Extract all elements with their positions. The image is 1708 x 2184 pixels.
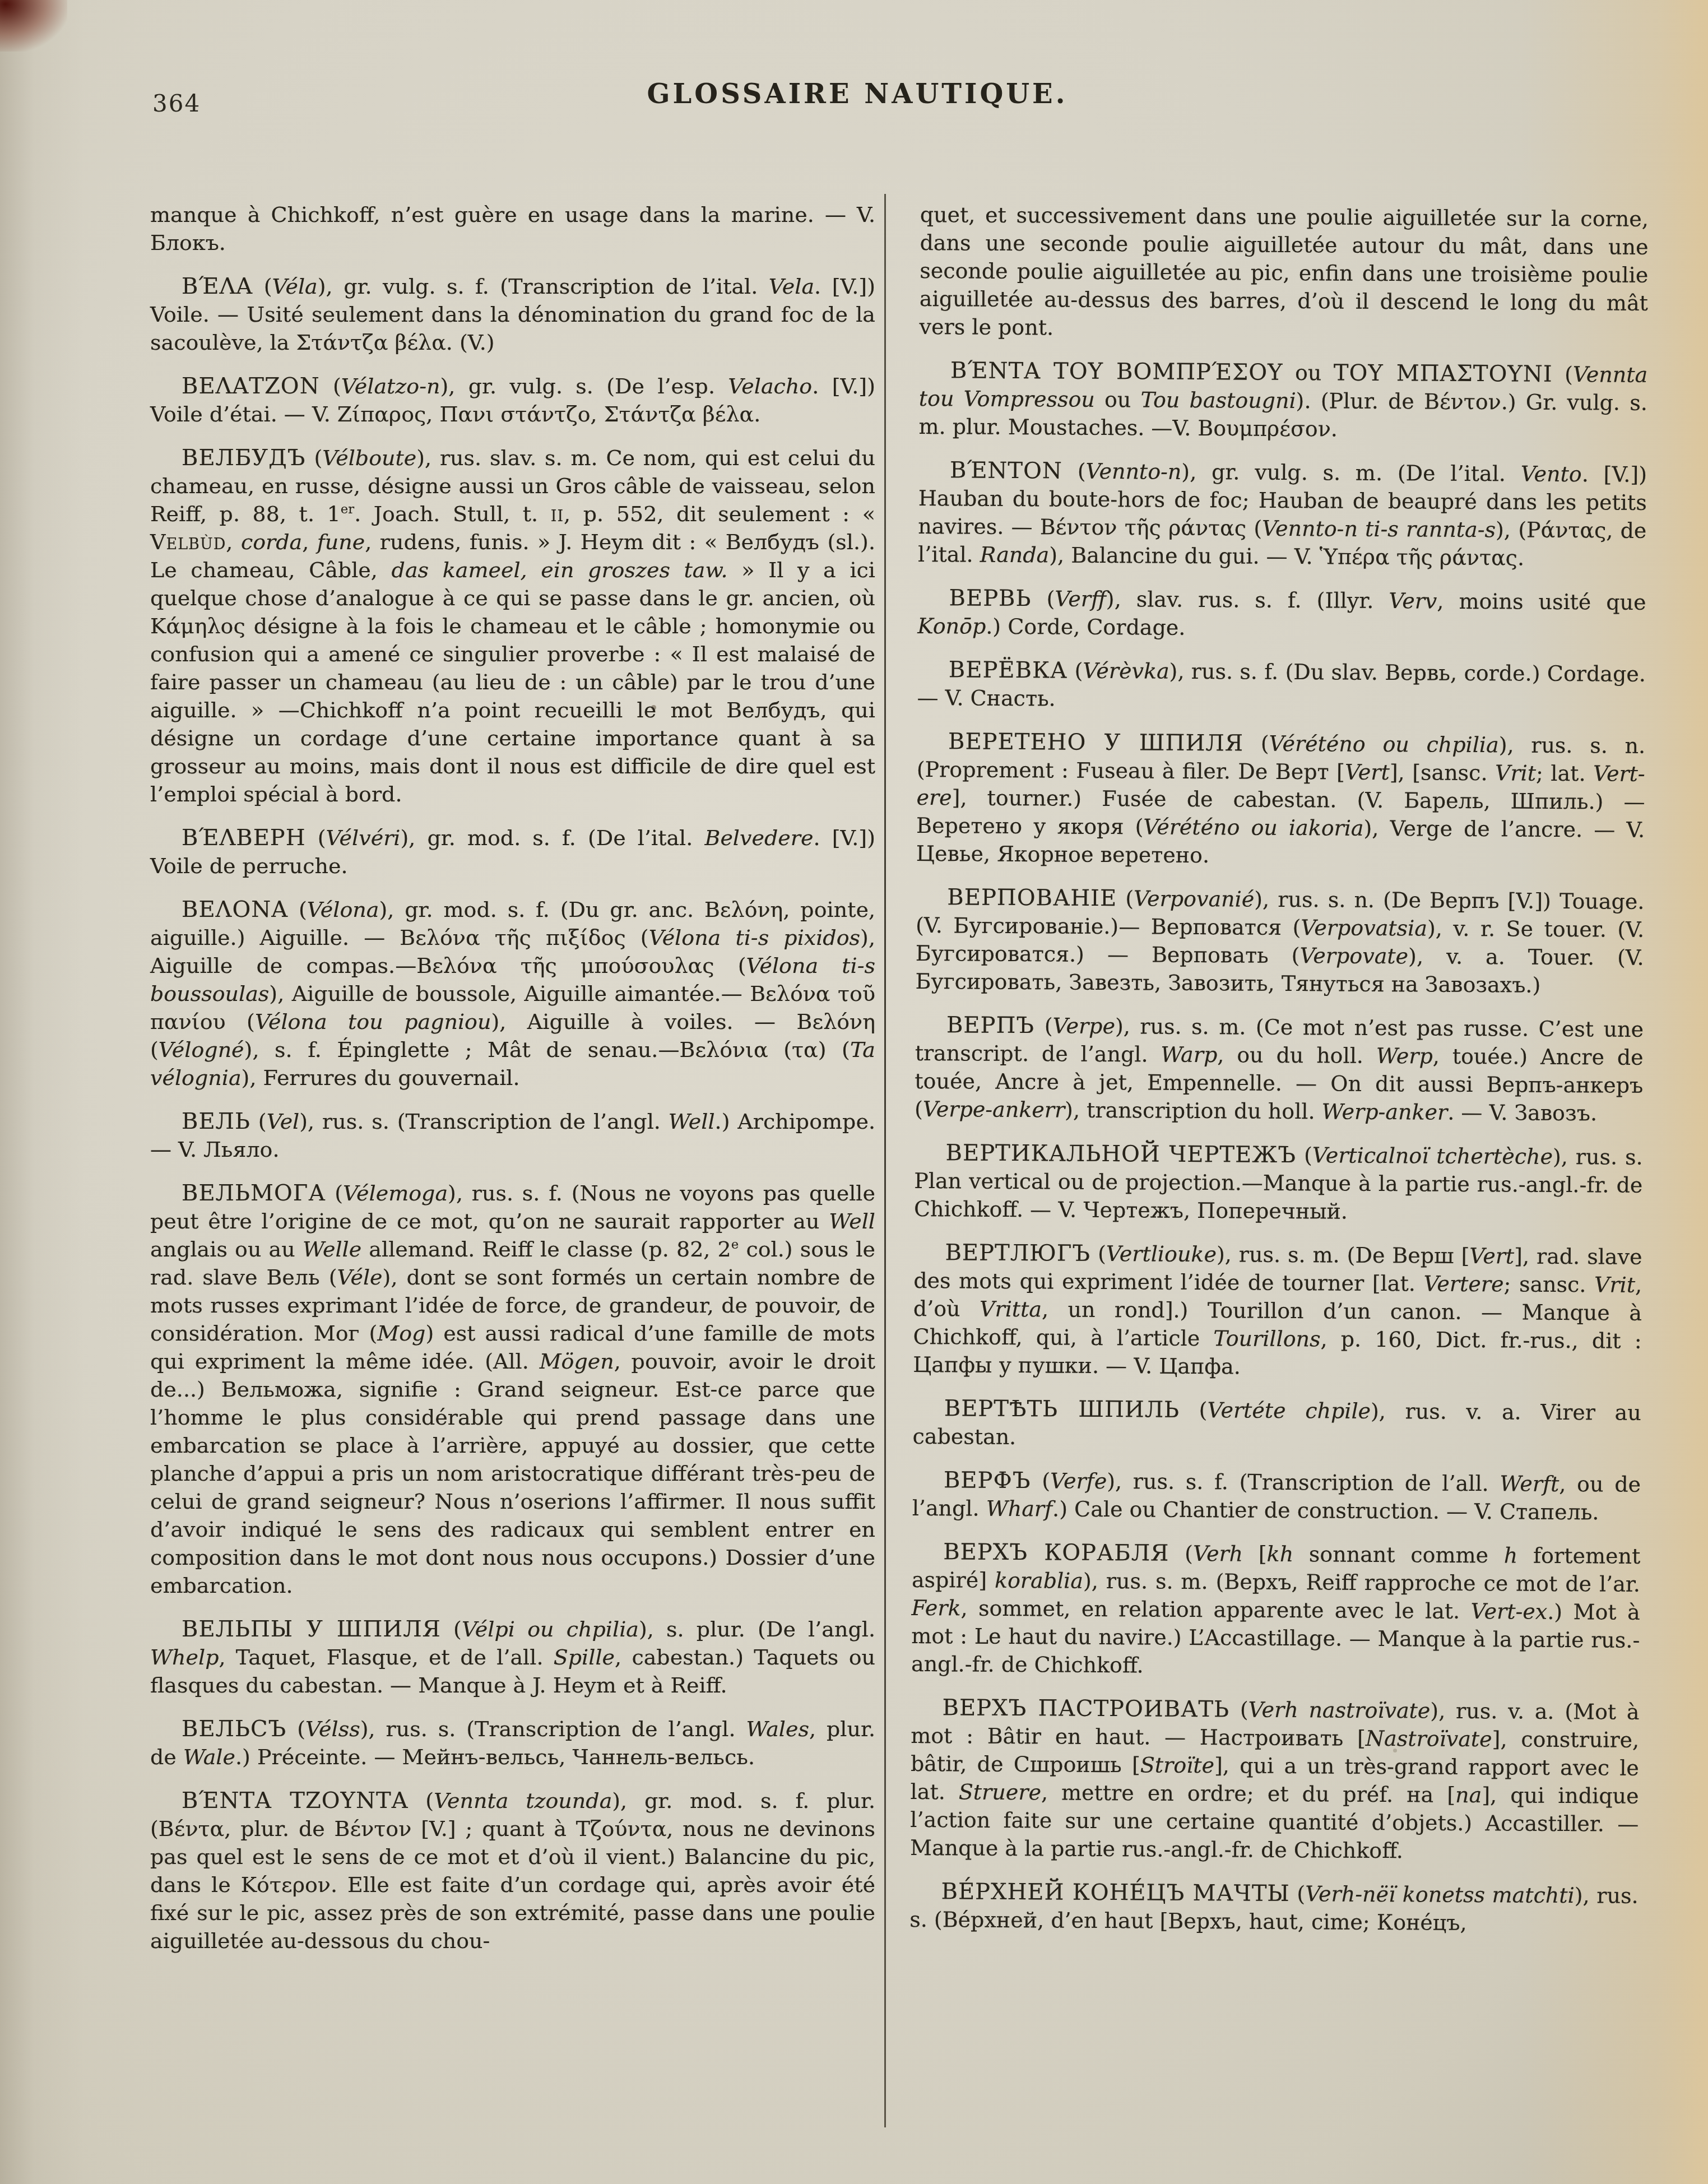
entry-headword: ВЕЛЬМОГА xyxy=(182,1180,326,1206)
entry-text: Vertere xyxy=(1423,1272,1503,1297)
entry-headword: ВЕРЕТЕНО У ШПИЛЯ xyxy=(948,729,1243,756)
entry-text: Verff xyxy=(1055,586,1106,611)
entry-headword: ВЕЛЬ xyxy=(182,1109,250,1134)
entry-text: .) Cale ou Chantier de construction. — V… xyxy=(1052,1496,1599,1524)
entry-text: Vrit xyxy=(1495,761,1536,785)
entry-text: Belvedere xyxy=(704,826,813,850)
entry-text: Konōp xyxy=(917,614,986,639)
paper-corner-stain xyxy=(0,0,67,52)
entry-headword: ВЕРФЪ xyxy=(944,1467,1031,1494)
right-column: quet, et successivement dans une poulie … xyxy=(909,201,1649,1938)
entry-text: Verh xyxy=(1193,1541,1243,1566)
entry-text: na xyxy=(1455,1783,1482,1807)
entry-text: Verpe xyxy=(1052,1013,1115,1038)
entry-text: ( xyxy=(1552,362,1573,387)
entry-text: Mögen xyxy=(540,1349,614,1374)
entry-text: .) Préceinte. — Мейнъ-вельсь, Чаннель-ве… xyxy=(235,1745,755,1769)
entry-text: ), s. plur. (De l’angl. xyxy=(639,1617,875,1642)
entry-text: Spille xyxy=(554,1645,615,1670)
dictionary-entry: ВЕРХЪ КОРАБЛЯ (Verh [kh sonnant comme h … xyxy=(911,1538,1641,1682)
dictionary-entry: ВЕЛЬМОГА (Vélemoga), rus. s. f. (Nous ne… xyxy=(150,1179,875,1599)
entry-text: er xyxy=(341,502,354,517)
entry-text: Ferk xyxy=(912,1596,961,1621)
entry-text: Vélpi ou chpilia xyxy=(462,1617,639,1642)
entry-text: [ xyxy=(1243,1542,1267,1566)
entry-text: ( xyxy=(1290,1881,1306,1906)
entry-text: ( xyxy=(1062,459,1086,484)
entry-headword: ВЕЛЬСЪ xyxy=(182,1716,286,1742)
entry-headword: ΒΈΝΤΑ ΤΖΟΥΝΤΑ xyxy=(182,1788,409,1814)
entry-text: ), rus. s. (Transcription de l’angl. xyxy=(299,1109,669,1134)
entry-text: ( xyxy=(253,274,272,299)
entry-text: ( xyxy=(1180,1398,1208,1422)
entry-text: ( xyxy=(326,1181,343,1205)
entry-text: Vélogné xyxy=(159,1037,244,1062)
entry-text: ( xyxy=(1117,886,1134,911)
entry-text: Vélona tou pagniou xyxy=(255,1009,491,1034)
entry-text: ou xyxy=(1095,387,1141,412)
entry-text: ; lat. xyxy=(1536,761,1593,786)
entry-text: ), Ferrures du gouvernail. xyxy=(242,1065,520,1090)
entry-text: Werft xyxy=(1500,1471,1559,1496)
entry-text: ( xyxy=(306,446,323,470)
entry-text: ( xyxy=(1034,1013,1053,1038)
dictionary-entry: ВЕРХЪ ПАСТРОИВАТЬ (Verh nastroïvate), ru… xyxy=(910,1694,1640,1866)
entry-text: Randa xyxy=(980,542,1050,568)
entry-text: ), transcription du holl. xyxy=(1065,1098,1322,1124)
dictionary-entry: ВЕ́РХНЕЙ КОНЕ́ЦЪ МАЧТЫ (Verh-nëï konetss… xyxy=(909,1877,1639,1938)
entry-text: Vela xyxy=(769,274,814,299)
entry-text: Vélss xyxy=(305,1717,360,1741)
entry-text: Verfe xyxy=(1050,1468,1107,1494)
entry-text: Vélona xyxy=(307,897,379,922)
entry-text: ( xyxy=(1031,586,1055,611)
entry-text: anglais ou au xyxy=(150,1237,303,1262)
entry-text: ), s. f. Épinglette ; Mât de senau.—Βελό… xyxy=(244,1037,850,1062)
dictionary-entry: ΒΈΝΤΑ ΤΖΟΥΝΤΑ (Vennta tzounda), gr. mod.… xyxy=(150,1787,875,1955)
dictionary-entry: ΒΈΝΤΑ ΤΟΥ ΒΟΜΠΡΈΣΟΥ ou ΤΟΥ ΜΠΑΣΤΟΥΝΙ (Ve… xyxy=(918,356,1647,445)
dictionary-entry: ВЕРЁВКА (Vérèvka), rus. s. f. (Du slav. … xyxy=(917,656,1646,716)
entry-text: ), gr. vulg. s. f. (Transcription de l’i… xyxy=(318,274,769,299)
entry-text: sonnant comme xyxy=(1293,1542,1504,1568)
entry-headword: ΒΈΛΒΕΡΗ xyxy=(182,825,306,851)
page-number: 364 xyxy=(152,90,201,117)
entry-text: Whelp xyxy=(150,1645,219,1670)
entry-text: Vertliouke xyxy=(1106,1241,1217,1267)
entry-text: Werp xyxy=(1376,1044,1433,1069)
entry-text: ], [sansc. xyxy=(1390,760,1495,785)
entry-text: » Il y a ici quelque chose d’analogue à … xyxy=(150,558,875,806)
entry-text: , ou du holl. xyxy=(1217,1042,1376,1068)
entry-text: Vel xyxy=(267,1109,300,1134)
entry-headword: ВЕ́РХНЕЙ КОНЕ́ЦЪ МАЧТЫ xyxy=(941,1879,1289,1907)
entry-headword: ВЕРХЪ КОРАБЛЯ xyxy=(943,1539,1169,1566)
entry-text: korablia xyxy=(995,1568,1083,1593)
dictionary-entry: ВЕРЕТЕНО У ШПИЛЯ (Véréténo ou chpilia), … xyxy=(916,727,1646,872)
entry-text: ( xyxy=(286,1717,305,1741)
entry-headword: ВЕРПЪ xyxy=(946,1012,1034,1038)
entry-headword: ВЕРВЬ xyxy=(949,585,1032,611)
entry-text: Vélboute xyxy=(322,446,416,470)
entry-text: Tou bastougni xyxy=(1141,387,1296,413)
entry-text: ( xyxy=(1296,1143,1312,1167)
entry-headword: ВЕРТѢТЬ ШПИЛЬ xyxy=(944,1395,1180,1423)
entry-text: Wale xyxy=(183,1745,235,1769)
entry-text: , moins usité que xyxy=(1437,589,1646,615)
entry-text: Verv xyxy=(1389,588,1437,614)
entry-text: Verpovate xyxy=(1299,943,1408,968)
entry-headword: ΒΕΛΑΤΖΟΝ xyxy=(182,373,320,399)
entry-headword: ΒΈΝΤΑ ΤΟΥ ΒΟΜΠΡΈΣΟΥ xyxy=(950,358,1283,386)
entry-text: Vérèvka xyxy=(1083,659,1169,684)
entry-headword: ВЕРЁВКА xyxy=(949,657,1068,683)
entry-text: ), Balancine du gui. — V. Ὑπέρα τῆς ράντ… xyxy=(1049,542,1524,570)
entry-text: Vertéte chpile xyxy=(1207,1398,1371,1423)
entry-headword: ΤΟΥ ΜΠΑΣΤΟΥΝΙ xyxy=(1334,360,1553,387)
dictionary-entry: ВЕЛЬ (Vel), rus. s. (Transcription de l’… xyxy=(150,1107,875,1163)
left-column: manque à Chichkoff, n’est guère en usage… xyxy=(150,201,875,1955)
dictionary-entry: ВЕЛБУДЪ (Vélboute), rus. slav. s. m. Ce … xyxy=(150,444,875,808)
entry-text: Nastroïvate xyxy=(1366,1726,1492,1751)
entry-text: Vélona ti-s pixidos xyxy=(649,925,860,950)
entry-text: Vert xyxy=(1469,1244,1514,1268)
entry-text: allemand. Reiff le classe (p. 82, 2 xyxy=(361,1237,731,1262)
dictionary-entry: ВЕРВЬ (Verff), slav. rus. s. f. (Illyr. … xyxy=(917,584,1646,644)
entry-text: ( xyxy=(320,374,341,398)
entry-text: Véréténo ou chpilia xyxy=(1269,731,1498,758)
entry-text: . — V. Завозъ. xyxy=(1447,1100,1597,1126)
entry-text: Werp-anker xyxy=(1322,1099,1448,1124)
entry-text: , p. 552, dit seulement : « xyxy=(564,502,875,526)
entry-text: Vert-ex xyxy=(1471,1599,1548,1624)
entry-text: .) Corde, Cordage. xyxy=(986,614,1185,640)
entry-text: Vento xyxy=(1521,462,1582,487)
entry-text: ), rus. s. f. (Transcription de l’all. xyxy=(1107,1469,1500,1496)
entry-text: Vennto-n xyxy=(1085,459,1181,484)
entry-headword: ВЕРТИКАЛЬНОЙ ЧЕРТЕЖЪ xyxy=(945,1140,1296,1168)
entry-text: Véla xyxy=(272,274,317,299)
entry-text: Véle xyxy=(337,1265,382,1290)
entry-text: , mettre en ordre; et du préf. на [ xyxy=(1041,1780,1455,1807)
entry-text: Vélvéri xyxy=(326,826,401,850)
entry-text: fune xyxy=(317,530,365,554)
entry-text: ( xyxy=(441,1617,462,1642)
entry-text: Vennto-n ti-s rannta-s xyxy=(1262,516,1496,542)
entry-text: Velbùd xyxy=(150,530,226,554)
entry-text: , xyxy=(226,530,241,554)
entry-text: ( xyxy=(1243,731,1269,756)
entry-headword: ВЕРХЪ ПАСТРОИВАТЬ xyxy=(942,1695,1229,1722)
entry-text: ( xyxy=(306,826,326,850)
entry-headword: ΒΈΛΑ xyxy=(182,273,253,299)
entry-text: manque à Chichkoff, n’est guère en usage… xyxy=(150,202,875,255)
entry-text: Véréténo ou iakoria xyxy=(1143,814,1364,840)
dictionary-entry: ВЕРТЛЮГЪ (Vertliouke), rus. s. m. (De Ве… xyxy=(913,1239,1642,1383)
entry-text: Verpe-ankerr xyxy=(923,1097,1065,1123)
entry-text: ii xyxy=(551,502,564,526)
entry-text: Well xyxy=(669,1109,715,1134)
entry-text: Stroïte xyxy=(1140,1752,1215,1778)
entry-text: h xyxy=(1504,1543,1518,1568)
entry-text: ), slav. rus. s. f. (Illyr. xyxy=(1106,587,1389,613)
entry-text: Wharf xyxy=(986,1496,1053,1522)
entry-text: ( xyxy=(1067,659,1083,683)
dictionary-entry: ВЕРПОВАНІЕ (Verpovanié), rus. s. n. (De … xyxy=(915,883,1644,1000)
entry-text: , xyxy=(302,530,317,554)
dictionary-entry: ВЕРПЪ (Verpe), rus. s. m. (Ce mot n’est … xyxy=(915,1011,1644,1128)
entry-text: Velacho xyxy=(728,374,812,398)
entry-text: Well xyxy=(829,1209,875,1234)
dictionary-entry: ΒΕΛΑΤΖΟΝ (Vélatzo-n), gr. vulg. s. (De l… xyxy=(150,372,875,428)
dictionary-entry: ΒΈΛΒΕΡΗ (Vélvéri), gr. mod. s. f. (De l’… xyxy=(150,824,875,880)
entry-text: ( xyxy=(288,897,307,922)
entry-continuation: manque à Chichkoff, n’est guère en usage… xyxy=(150,201,875,257)
entry-text: Mog xyxy=(377,1321,425,1346)
entry-headword: ΒΈΝΤΟΝ xyxy=(950,457,1062,484)
entry-continuation: quet, et successivement dans une poulie … xyxy=(919,201,1649,345)
entry-text: ( xyxy=(1031,1468,1050,1493)
entry-text: , pouvoir, avoir le droit de...) Вельмож… xyxy=(150,1349,875,1598)
entry-text: kh xyxy=(1267,1542,1294,1566)
entry-text: Vélemoga xyxy=(343,1181,448,1205)
entry-text: ; sansc. xyxy=(1503,1272,1594,1297)
entry-text: Vritta xyxy=(980,1297,1042,1322)
entry-headword: ΒΕΛΟΝΑ xyxy=(182,897,288,922)
entry-text: . Joach. Stull, t. xyxy=(354,502,551,526)
entry-text: , Taquet, Flasque, et de l’all. xyxy=(219,1645,554,1670)
entry-text: das kameel, ein groszes taw. xyxy=(392,558,728,582)
entry-text: ), gr. mod. s. f. (De l’ital. xyxy=(400,826,704,850)
entry-text: ), gr. vulg. s. (De l’esp. xyxy=(440,374,728,398)
entry-text: Verpovanié xyxy=(1134,886,1254,911)
entry-text: e xyxy=(731,1237,739,1252)
entry-headword: ВЕРТЛЮГЪ xyxy=(945,1240,1090,1267)
entry-text: ), rus. s. m. (De Верш [ xyxy=(1217,1242,1470,1268)
entry-text: quet, et successivement dans une poulie … xyxy=(919,202,1648,340)
entry-text: Vert xyxy=(1345,760,1390,785)
entry-text: ou xyxy=(1283,360,1334,386)
entry-text: ), rus. s. (Transcription de l’angl. xyxy=(360,1717,746,1741)
entry-text: ( xyxy=(409,1788,434,1813)
entry-headword: ВЕРПОВАНІЕ xyxy=(947,884,1117,911)
scanned-book-page: 364 GLOSSAIRE NAUTIQUE. manque à Chichko… xyxy=(0,0,1708,2184)
entry-text: Verh-nëï konetss matchti xyxy=(1305,1881,1575,1908)
entry-text: Wales xyxy=(746,1717,809,1741)
entry-text: ( xyxy=(1229,1697,1248,1722)
dictionary-entry: ΒΈΝΤΟΝ (Vennto-n), gr. vulg. s. m. (De l… xyxy=(918,456,1647,573)
dictionary-entry: ВЕЛЬПЫ У ШПИЛЯ (Vélpi ou chpilia), s. pl… xyxy=(150,1615,875,1699)
dictionary-entry: ΒΕΛΟΝΑ (Vélona), gr. mod. s. f. (Du gr. … xyxy=(150,896,875,1092)
entry-text: Verh nastroïvate xyxy=(1248,1698,1431,1723)
entry-text: ( xyxy=(1169,1541,1193,1566)
entry-text: , sommet, en relation apparente avec le … xyxy=(960,1596,1470,1624)
entry-text: ), rus. s. m. (Верхъ, Reiff rapproche ce… xyxy=(1083,1569,1640,1597)
entry-text: Vélatzo-n xyxy=(341,374,440,398)
dictionary-entry: ВЕРТѢТЬ ШПИЛЬ (Vertéte chpile), rus. v. … xyxy=(912,1394,1641,1455)
dictionary-entry: ВЕРФЪ (Verfe), rus. s. f. (Transcription… xyxy=(912,1466,1641,1527)
entry-text: Verpovatsia xyxy=(1301,915,1427,940)
entry-text: corda xyxy=(241,530,302,554)
dictionary-entry: ВЕРТИКАЛЬНОЙ ЧЕРТЕЖЪ (Verticalnoï tchert… xyxy=(914,1139,1643,1227)
entry-text: Vrit xyxy=(1594,1272,1635,1297)
entry-headword: ВЕЛБУДЪ xyxy=(182,445,306,471)
running-head-title: GLOSSAIRE NAUTIQUE. xyxy=(583,78,1132,110)
entry-text: ( xyxy=(250,1109,267,1134)
entry-text: ), gr. vulg. s. m. (De l’ital. xyxy=(1181,460,1521,486)
entry-text: Vennta tzounda xyxy=(434,1788,612,1813)
entry-text: Tourillons xyxy=(1213,1326,1320,1351)
column-divider-rule xyxy=(884,194,886,2127)
entry-text: ( xyxy=(1090,1241,1106,1266)
entry-text: Welle xyxy=(303,1237,361,1262)
entry-text: Verticalnoï tchertèche xyxy=(1312,1143,1553,1169)
entry-text: Warp xyxy=(1161,1042,1217,1068)
dictionary-entry: ВЕЛЬСЪ (Vélss), rus. s. (Transcription d… xyxy=(150,1715,875,1771)
entry-headword: ВЕЛЬПЫ У ШПИЛЯ xyxy=(182,1616,441,1642)
entry-text: Struere xyxy=(959,1779,1041,1805)
dictionary-entry: ΒΈΛΑ (Véla), gr. vulg. s. f. (Transcript… xyxy=(150,272,875,356)
